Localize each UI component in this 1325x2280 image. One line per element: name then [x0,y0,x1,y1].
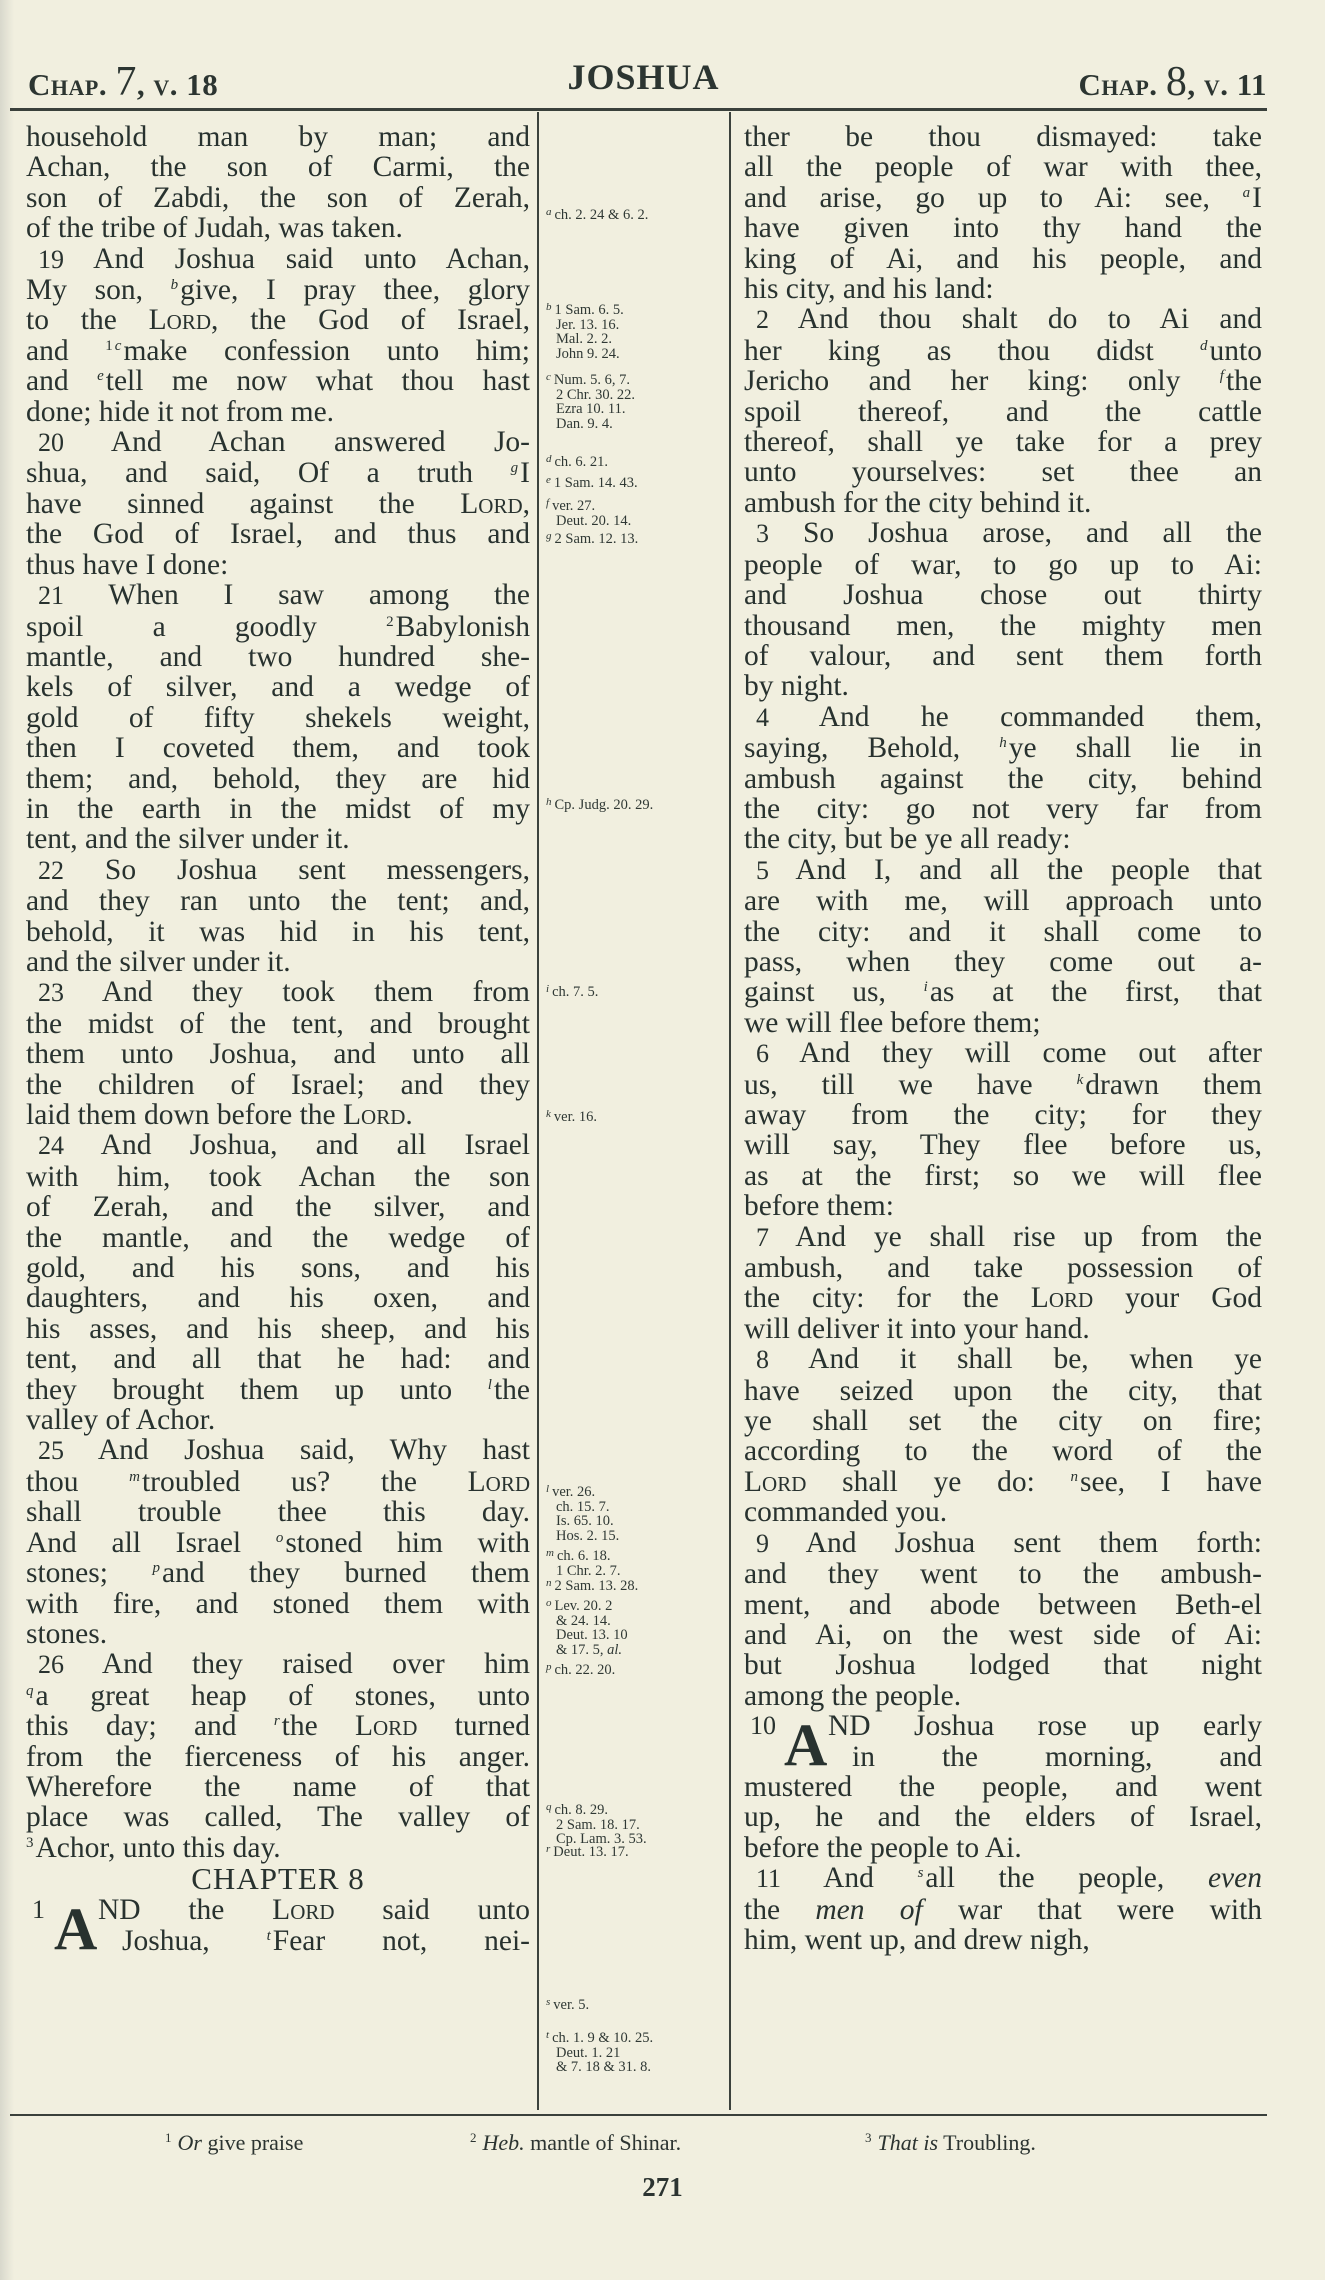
text-line: thus have I done: [26,550,530,580]
text-line: the city: and it shall come to [744,917,1262,947]
ref-line: 2 Sam. 18. 17. [546,1818,647,1833]
text-line: up, he and the elders of Israel, [744,1802,1262,1832]
column-divider-left [537,112,539,2110]
margin-ref-p: pch. 22. 20. [546,1660,615,1678]
text-line: them; and, behold, they are hid [26,764,530,794]
text-line: before the people to Ai. [744,1833,1262,1863]
text-line: have seized upon the city, that [744,1376,1262,1406]
text-line: have given into thy hand the [744,213,1262,243]
text-line: tent, and all that he had: and [26,1344,530,1374]
margin-ref-h: hCp. Judg. 20. 29. [546,795,653,813]
text-line: son of Zabdi, the son of Zerah, [26,183,530,213]
text-line: his city, and his land: [744,274,1262,304]
drop-cap: A [784,1715,827,1775]
text-line: shua, and said, Of a truth gI [26,458,530,488]
ref-line: Hos. 2. 15. [546,1529,619,1544]
verse-start-line: 5 And I, and all the people that [744,855,1262,886]
ref-line: & 24. 14. [546,1614,628,1629]
text-line: to the Lord, the God of Israel, [26,305,530,335]
text-line: us, till we have kdrawn them [744,1070,1262,1100]
verse-start-line: 25 And Joshua said, Why hast [26,1435,530,1466]
text-line: spoil a goodly 2Babylonish [26,612,530,642]
margin-ref-c: cNum. 5. 6, 7.2 Chr. 30. 22.Ezra 10. 11.… [546,370,635,431]
footnotes: 1Or give praise2Heb. mantle of Shinar.3T… [0,2130,1325,2170]
margin-ref-t: tch. 1. 9 & 10. 25.Deut. 1. 21& 7. 18 & … [546,2028,653,2075]
text-line: commanded you. [744,1497,1262,1527]
text-line: the midst of the tent, and brought [26,1009,530,1039]
text-line: ther be thou dismayed: take [744,122,1262,152]
running-head: Chap. 7, v. 18 JOSHUA Chap. 8, v. 11 [20,58,1267,108]
text-line: ambush, and take possession of [744,1253,1262,1283]
verse-start-line: 8 And it shall be, when ye [744,1344,1262,1375]
text-line: and 1cmake confession unto him; [26,336,530,366]
text-line: thou mtroubled us? the Lord [26,1467,530,1497]
text-line: Joshua, tFear not, nei- [26,1926,530,1956]
text-line: ambush against the city, behind [744,764,1262,794]
ref-line: Is. 65. 10. [546,1514,619,1529]
drop-cap: A [54,1899,97,1959]
text-line: done; hide it not from me. [26,397,530,427]
text-line: as at the first; so we will flee [744,1161,1262,1191]
text-line: laid them down before the Lord. [26,1100,530,1130]
text-line: this day; and rthe Lord turned [26,1711,530,1741]
text-line: daughters, and his oxen, and [26,1283,530,1313]
verse-start-line: 19 And Joshua said unto Achan, [26,244,530,275]
verse-start-line: 11 And sall the people, even [744,1863,1262,1894]
text-line: and etell me now what thou hast [26,366,530,396]
margin-ref-e: e1 Sam. 14. 43. [546,473,638,491]
margin-ref-s: sver. 5. [546,1995,589,2013]
footnote-1: 1Or give praise [165,2130,303,2156]
text-line: spoil thereof, and the cattle [744,397,1262,427]
margin-ref-g: g2 Sam. 12. 13. [546,529,638,547]
margin-ref-a: ach. 2. 24 & 6. 2. [546,205,648,223]
header-rule [10,108,1267,111]
text-line: stones; pand they burned them [26,1558,530,1588]
text-line: behold, it was hid in his tent, [26,917,530,947]
margin-ref-k: kver. 16. [546,1107,597,1125]
text-line: gold of fifty shekels weight, [26,703,530,733]
text-line: Achan, the son of Carmi, the [26,152,530,182]
ref-line: tch. 1. 9 & 10. 25. [546,2028,653,2046]
ref-line: Ezra 10. 11. [546,402,635,417]
text-line: the children of Israel; and they [26,1070,530,1100]
text-line: and they ran unto the tent; and, [26,886,530,916]
text-line: them unto Joshua, and unto all [26,1039,530,1069]
text-line: 3Achor, unto this day. [26,1833,530,1863]
text-line: all the people of war with thee, [744,152,1262,182]
text-line: they brought them up unto lthe [26,1375,530,1405]
ref-line: Mal. 2. 2. [546,332,624,347]
ref-line: rDeut. 13. 17. [546,1842,629,1860]
text-line: of Zerah, and the silver, and [26,1192,530,1222]
ref-line: pch. 22. 20. [546,1660,615,1678]
text-line: among the people. [744,1681,1262,1711]
left-text-column: household man by man; andAchan, the son … [26,122,530,1956]
text-line: place was called, The valley of [26,1802,530,1832]
chapter-8-opening: 1AND the Lord said untoJoshua, tFear not… [26,1895,530,1956]
verse-number: 1 [32,1895,45,1925]
rh-right-verse: , v. 11 [1187,67,1267,102]
margin-ref-q: qch. 8. 29.2 Sam. 18. 17.Cp. Lam. 3. 53. [546,1800,647,1847]
ref-line: lver. 26. [546,1482,619,1500]
margin-ref-b: b1 Sam. 6. 5.Jer. 13. 16.Mal. 2. 2.John … [546,300,624,361]
text-line: the God of Israel, and thus and [26,519,530,549]
text-line: the city, but be ye all ready: [744,824,1262,854]
ref-line: mch. 6. 18. [546,1546,620,1564]
ref-line: qch. 8. 29. [546,1800,647,1818]
verse-start-line: 2 And thou shalt do to Ai and [744,304,1262,335]
ref-line: dch. 6. 21. [546,452,608,470]
page-gutter-shade [0,0,14,2280]
text-line: of valour, and sent them forth [744,641,1262,671]
text-line: people of war, to go up to Ai: [744,550,1262,580]
ref-line: sver. 5. [546,1995,589,2013]
text-line: ment, and abode between Beth-el [744,1590,1262,1620]
text-line: away from the city; for they [744,1100,1262,1130]
margin-ref-i: ich. 7. 5. [546,982,598,1000]
ref-line: ich. 7. 5. [546,982,598,1000]
text-line: but Joshua lodged that night [744,1650,1262,1680]
ref-line: John 9. 24. [546,347,624,362]
running-head-right: Chap. 8, v. 11 [1078,58,1267,106]
ref-line: n2 Sam. 13. 28. [546,1576,638,1594]
text-line: And all Israel ostoned him with [26,1528,530,1558]
verse-start-line: 21 When I saw among the [26,580,530,611]
text-line: stones. [26,1619,530,1649]
text-line: will say, They flee before us, [744,1130,1262,1160]
margin-ref-o: oLev. 20. 2& 24. 14.Deut. 13. 10& 17. 5,… [546,1596,628,1657]
verse-10-paragraph: 10AND Joshua rose up earlyin the morning… [744,1711,1262,1772]
text-line: kels of silver, and a wedge of [26,672,530,702]
text-line: mantle, and two hundred she- [26,642,530,672]
rh-right-chapter: 8 [1166,59,1188,105]
text-line: her king as thou didst dunto [744,336,1262,366]
margin-ref-d: dch. 6. 21. [546,452,608,470]
text-line: from the fierceness of his anger. [26,1742,530,1772]
ref-line: cNum. 5. 6, 7. [546,370,635,388]
ref-line: ch. 15. 7. [546,1500,619,1515]
verse-start-line: 24 And Joshua, and all Israel [26,1130,530,1161]
text-line: then I coveted them, and took [26,733,530,763]
text-line: tent, and the silver under it. [26,824,530,854]
text-line: with him, took Achan the son [26,1162,530,1192]
text-line: Wherefore the name of that [26,1772,530,1802]
verse-start-line: 4 And he commanded them, [744,702,1262,733]
text-line: My son, bgive, I pray thee, glory [26,275,530,305]
text-line: we will flee before them; [744,1008,1262,1038]
verse-start-line: 7 And ye shall rise up from the [744,1222,1262,1253]
text-line: his asses, and his sheep, and his [26,1314,530,1344]
text-line: the city: for the Lord your God [744,1283,1262,1313]
text-line: will deliver it into your hand. [744,1314,1262,1344]
text-line: are with me, will approach unto [744,886,1262,916]
text-line: and the silver under it. [26,947,530,977]
ref-line: hCp. Judg. 20. 29. [546,795,653,813]
text-line: Lord shall ye do: nsee, I have [744,1467,1262,1497]
text-line: the mantle, and the wedge of [26,1223,530,1253]
text-line: ND the Lord said unto [26,1895,530,1925]
chapter-heading: CHAPTER 8 [26,1863,530,1895]
text-line: gainst us, ias at the first, that [744,977,1262,1007]
text-line: Jericho and her king: only fthe [744,366,1262,396]
text-line: gold, and his sons, and his [26,1253,530,1283]
ref-line: Dan. 9. 4. [546,417,635,432]
ref-line: 2 Chr. 30. 22. [546,388,635,403]
verse-start-line: 6 And they will come out after [744,1038,1262,1069]
text-line: pass, when they come out a- [744,947,1262,977]
text-line: the city: go not very far from [744,794,1262,824]
text-line: king of Ai, and his people, and [744,244,1262,274]
margin-ref-m: mch. 6. 18.1 Chr. 2. 7. [546,1546,620,1578]
ref-line: Deut. 13. 10 [546,1628,628,1643]
ref-line: oLev. 20. 2 [546,1596,628,1614]
text-line: according to the word of the [744,1436,1262,1466]
text-line: shall trouble thee this day. [26,1497,530,1527]
rh-right-prefix: Chap. [1078,67,1165,102]
text-line: of the tribe of Judah, was taken. [26,213,530,243]
ref-line: & 7. 18 & 31. 8. [546,2060,653,2075]
right-text-column: ther be thou dismayed: takeall the peopl… [744,122,1262,1955]
text-line: qa great heap of stones, unto [26,1681,530,1711]
column-divider-right [729,112,731,2110]
text-line: the men of war that were with [744,1895,1262,1925]
margin-ref-r: rDeut. 13. 17. [546,1842,629,1860]
verse-start-line: 23 And they took them from [26,977,530,1008]
page-number: 271 [0,2172,1325,2203]
ref-line: Jer. 13. 16. [546,318,624,333]
verse-start-line: 26 And they raised over him [26,1649,530,1680]
footnote-rule [10,2114,1267,2116]
text-line: unto yourselves: set thee an [744,457,1262,487]
text-line: and arise, go up to Ai: see, aI [744,183,1262,213]
margin-ref-n: n2 Sam. 13. 28. [546,1576,638,1594]
text-line: thousand men, the mighty men [744,611,1262,641]
text-line: valley of Achor. [26,1405,530,1435]
text-line: and Joshua chose out thirty [744,580,1262,610]
ref-line: & 17. 5, al. [546,1643,628,1658]
verse-start-line: 3 So Joshua arose, and all the [744,518,1262,549]
text-line: him, went up, and drew nigh, [744,1925,1262,1955]
ref-line: ach. 2. 24 & 6. 2. [546,205,648,223]
text-line: with fire, and stoned them with [26,1589,530,1619]
text-line: household man by man; and [26,122,530,152]
verse-start-line: 9 And Joshua sent them forth: [744,1528,1262,1559]
ref-line: Deut. 20. 14. [546,514,631,529]
margin-ref-f: fver. 27.Deut. 20. 14. [546,496,631,528]
text-line: in the earth in the midst of my [26,794,530,824]
ref-line: kver. 16. [546,1107,597,1125]
ref-line: g2 Sam. 12. 13. [546,529,638,547]
ref-line: Deut. 1. 21 [546,2046,653,2061]
text-line: ye shall set the city on fire; [744,1406,1262,1436]
footnote-2: 2Heb. mantle of Shinar. [470,2130,681,2156]
verse-start-line: 22 So Joshua sent messengers, [26,855,530,886]
footnote-3: 3That is Troubling. [865,2130,1036,2156]
margin-ref-l: lver. 26.ch. 15. 7.Is. 65. 10.Hos. 2. 15… [546,1482,619,1543]
text-line: have sinned against the Lord, [26,489,530,519]
text-line: ambush for the city behind it. [744,488,1262,518]
text-line: before them: [744,1191,1262,1221]
ref-line: b1 Sam. 6. 5. [546,300,624,318]
text-line: thereof, shall ye take for a prey [744,427,1262,457]
text-line: and Ai, on the west side of Ai: [744,1620,1262,1650]
ref-line: e1 Sam. 14. 43. [546,473,638,491]
text-line: and they went to the ambush- [744,1559,1262,1589]
text-line: by night. [744,671,1262,701]
verse-number: 10 [750,1711,776,1741]
ref-line: fver. 27. [546,496,631,514]
verse-start-line: 20 And Achan answered Jo- [26,427,530,458]
text-line: saying, Behold, hye shall lie in [744,733,1262,763]
